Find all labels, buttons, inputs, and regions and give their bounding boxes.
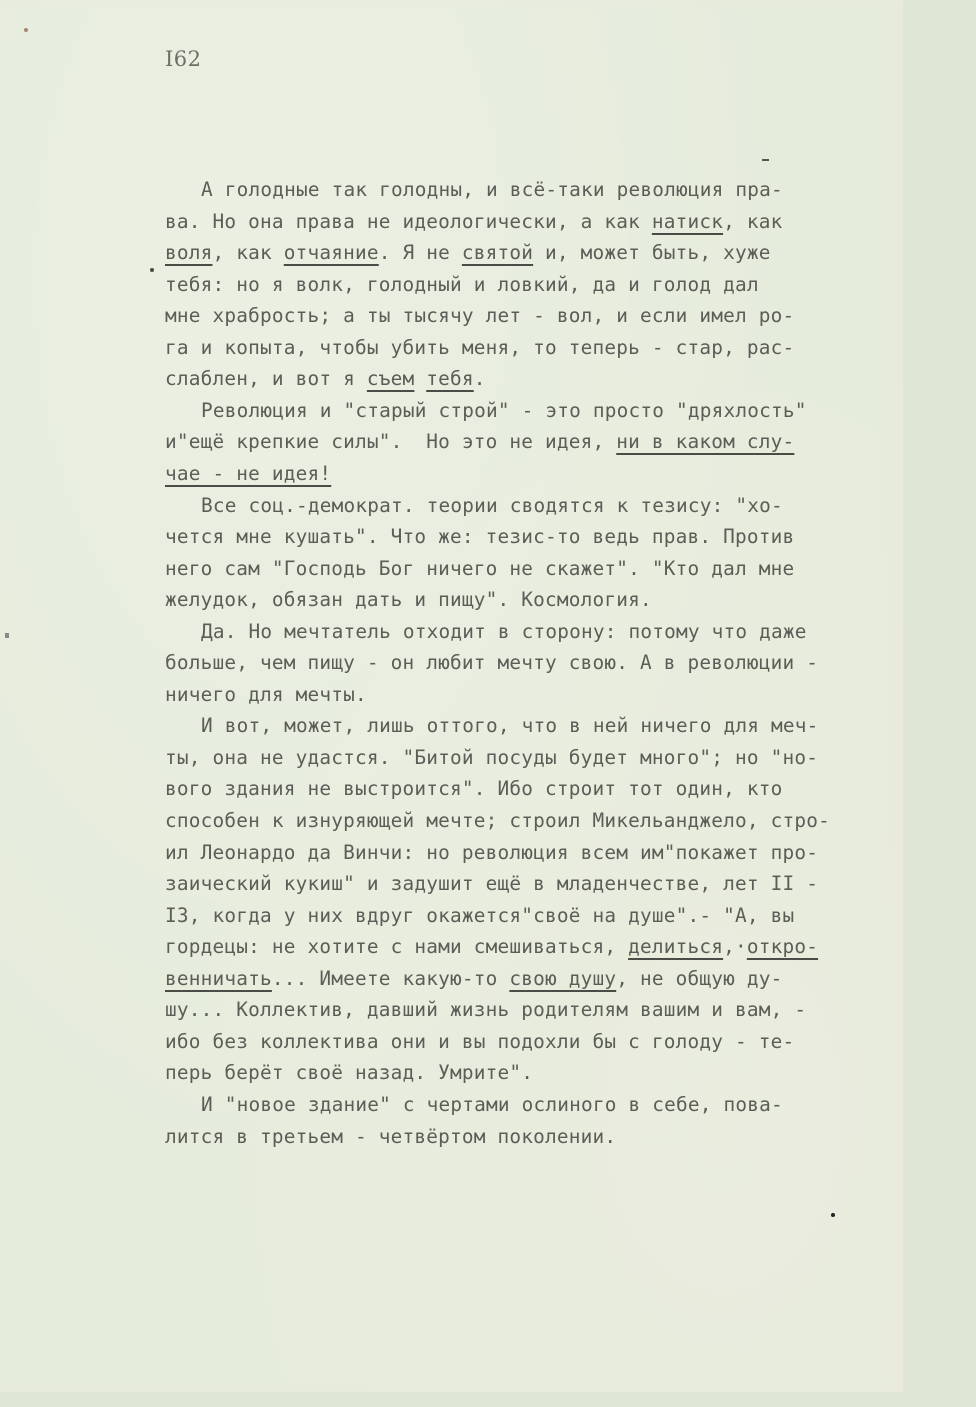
text-line: и"ещё крепкие силы". Но это не идея, ни … — [165, 430, 794, 454]
underlined-text: свою душу — [509, 967, 616, 990]
text-segment: , как — [213, 241, 284, 264]
text-segment: I3, когда у них вдруг окажется"своё на д… — [165, 904, 794, 927]
text-segment: слаблен, и вот я — [165, 367, 367, 390]
text-segment: ибо без коллектива они и вы подохли бы с… — [165, 1030, 794, 1053]
underlined-text: делиться — [628, 935, 723, 958]
text-segment: ты, она не удастся. "Битой посуды будет … — [165, 746, 818, 769]
text-line: ва. Но она права не идеологически, а как… — [165, 210, 782, 234]
text-line: чется мне кушать". Что же: тезис-то ведь… — [165, 525, 794, 549]
underlined-text: откро- — [747, 935, 818, 958]
text-line: него сам "Господь Бог ничего не скажет".… — [165, 557, 794, 581]
text-line: I3, когда у них вдруг окажется"своё на д… — [165, 904, 794, 928]
margin-mark — [5, 633, 9, 638]
text-line: перь берёт своё назад. Умрите". — [165, 1061, 533, 1085]
paragraph-first-line: Все соц.-демократ. теории сводятся к тез… — [201, 494, 783, 518]
text-line: гордецы: не хотите с нами смешиваться, д… — [165, 935, 818, 959]
text-segment: , как — [723, 210, 782, 233]
text-segment: , не общую ду- — [616, 967, 782, 990]
text-segment: И вот, может, лишь оттого, что в ней нич… — [201, 714, 818, 737]
text-segment: заический кукиш" и задушит ещё в младенч… — [165, 872, 818, 895]
underlined-text: святой — [462, 241, 533, 264]
text-line: венничать... Имеете какую-то свою душу, … — [165, 967, 782, 991]
text-segment: . — [474, 367, 486, 390]
text-line: воля, как отчаяние. Я не святой и, может… — [165, 241, 771, 265]
page-number: I62 — [165, 47, 202, 71]
margin-mark — [762, 159, 769, 161]
text-line: чае - не идея! — [165, 462, 331, 486]
text-segment: ил Леонардо да Винчи: но революция всем … — [165, 841, 818, 864]
underlined-text: натиск — [652, 210, 723, 233]
underlined-text: ни в каком слу- — [616, 430, 794, 453]
text-line: шу... Коллектив, давший жизнь родителям … — [165, 998, 806, 1022]
document-page: I62 А голодные так голодны, и всё-таки р… — [0, 0, 903, 1392]
text-segment: способен к изнуряющей мечте; строил Мике… — [165, 809, 830, 832]
paragraph-first-line: Да. Но мечтатель отходит в сторону: пото… — [201, 620, 807, 644]
text-segment: А голодные так голодны, и всё-таки револ… — [201, 178, 783, 201]
ink-speck — [24, 28, 28, 32]
text-line: ибо без коллектива они и вы подохли бы с… — [165, 1030, 794, 1054]
text-line: ничего для мечты. — [165, 683, 367, 707]
text-line: га и копыта, чтобы убить меня, то теперь… — [165, 336, 794, 360]
underlined-text: чае - не идея! — [165, 462, 331, 485]
text-line: ты, она не удастся. "Битой посуды будет … — [165, 746, 818, 770]
text-segment: больше, чем пищу - он любит мечту свою. … — [165, 651, 818, 674]
text-segment: лится в третьем - четвёртом поколении. — [165, 1125, 616, 1148]
text-segment: вого здания не выстроится". Ибо строит т… — [165, 777, 782, 800]
text-line: тебя: но я волк, голодный и ловкий, да и… — [165, 273, 759, 297]
text-segment: желудок, обязан дать и пищу". Космология… — [165, 588, 652, 611]
text-segment: ва. Но она права не идеологически, а как — [165, 210, 652, 233]
underlined-text: воля — [165, 241, 213, 264]
ink-speck — [831, 1213, 835, 1217]
text-segment: ничего для мечты. — [165, 683, 367, 706]
text-line: мне храбрость; а ты тысячу лет - вол, и … — [165, 304, 794, 328]
text-segment: него сам "Господь Бог ничего не скажет".… — [165, 557, 794, 580]
text-segment: перь берёт своё назад. Умрите". — [165, 1061, 533, 1084]
underlined-text: тебя — [426, 367, 474, 390]
text-segment: ... Имеете какую-то — [272, 967, 509, 990]
text-line: заический кукиш" и задушит ещё в младенч… — [165, 872, 818, 896]
text-segment: Революция и "старый строй" - это просто … — [201, 399, 807, 422]
text-segment: . Я не — [379, 241, 462, 264]
underlined-text: отчаяние — [284, 241, 379, 264]
paragraph-first-line: Революция и "старый строй" - это просто … — [201, 399, 807, 423]
text-segment: га и копыта, чтобы убить меня, то теперь… — [165, 336, 794, 359]
text-line: вого здания не выстроится". Ибо строит т… — [165, 777, 782, 801]
text-segment: шу... Коллектив, давший жизнь родителям … — [165, 998, 806, 1021]
paragraph-first-line: И "новое здание" с чертами ослиного в се… — [201, 1093, 783, 1117]
text-segment: Да. Но мечтатель отходит в сторону: пото… — [201, 620, 807, 643]
text-segment — [414, 367, 426, 390]
text-line: желудок, обязан дать и пищу". Космология… — [165, 588, 652, 612]
paragraph-first-line: И вот, может, лишь оттого, что в ней нич… — [201, 714, 818, 738]
text-segment: И "новое здание" с чертами ослиного в се… — [201, 1093, 783, 1116]
text-line: способен к изнуряющей мечте; строил Мике… — [165, 809, 830, 833]
text-line: больше, чем пищу - он любит мечту свою. … — [165, 651, 818, 675]
text-line: слаблен, и вот я съем тебя. — [165, 367, 486, 391]
underlined-text: съем — [367, 367, 415, 390]
text-segment: ,· — [723, 935, 747, 958]
text-segment: Все соц.-демократ. теории сводятся к тез… — [201, 494, 783, 517]
text-segment: тебя: но я волк, голодный и ловкий, да и… — [165, 273, 759, 296]
text-segment: и, может быть, хуже — [533, 241, 770, 264]
text-line: ил Леонардо да Винчи: но революция всем … — [165, 841, 818, 865]
ink-speck — [150, 268, 154, 272]
text-segment: и"ещё крепкие силы". Но это не идея, — [165, 430, 616, 453]
text-segment: мне храбрость; а ты тысячу лет - вол, и … — [165, 304, 794, 327]
underlined-text: венничать — [165, 967, 272, 990]
text-segment: гордецы: не хотите с нами смешиваться, — [165, 935, 628, 958]
paragraph-first-line: А голодные так голодны, и всё-таки револ… — [201, 178, 783, 202]
text-line: лится в третьем - четвёртом поколении. — [165, 1125, 616, 1149]
text-segment: чется мне кушать". Что же: тезис-то ведь… — [165, 525, 794, 548]
